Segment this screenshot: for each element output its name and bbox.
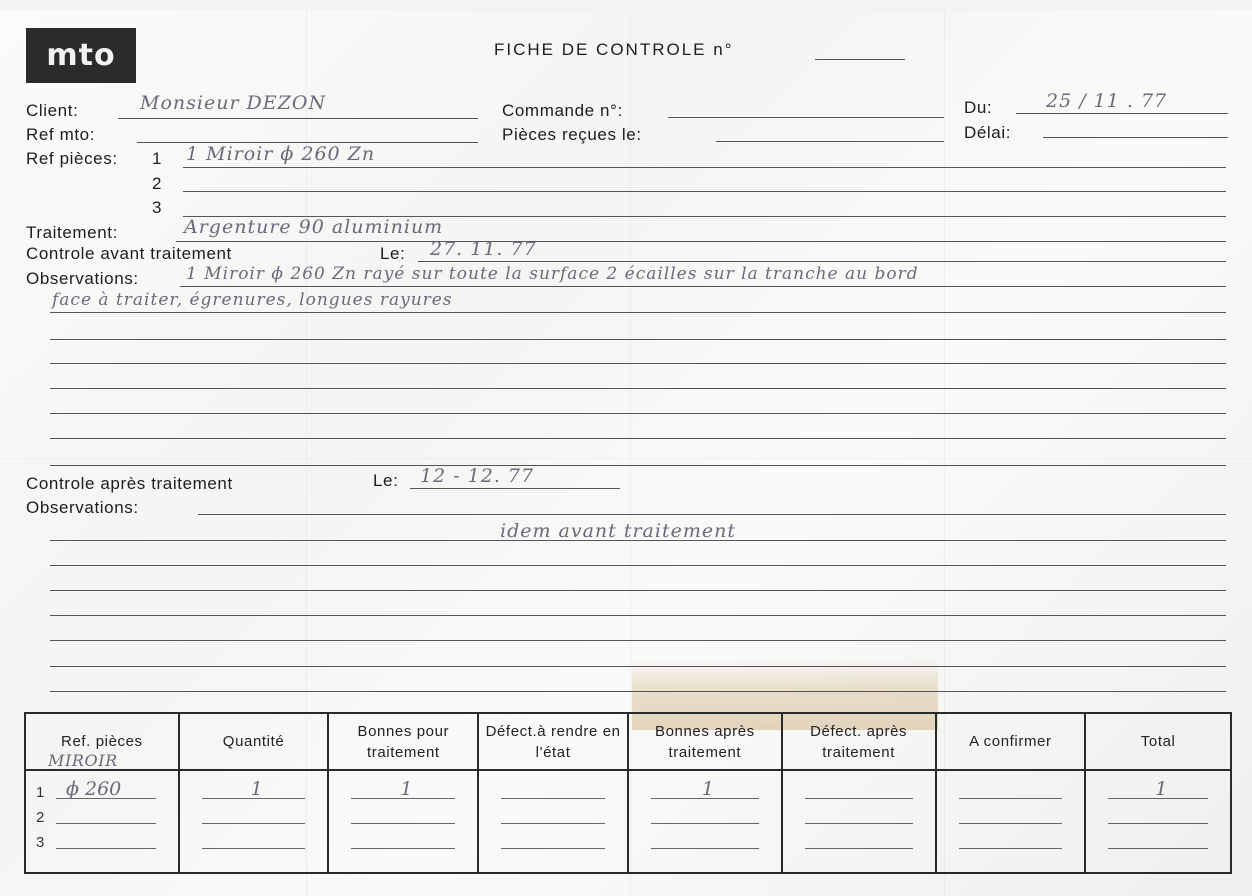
ref-mto-label: Ref mto: xyxy=(26,125,95,145)
avant-le-value: 27. 11. 77 xyxy=(430,238,537,260)
row-number: 3 xyxy=(36,834,44,851)
ref-piece-1-value: 1 Miroir ϕ 260 Zn xyxy=(186,143,375,165)
apres-observation-line[interactable] xyxy=(50,640,1226,641)
row-number: 2 xyxy=(36,809,44,826)
cell-quantite[interactable]: 1 xyxy=(179,770,329,873)
cell-value: ϕ 260 xyxy=(66,778,121,800)
write-line[interactable] xyxy=(351,848,455,849)
avant-le-label: Le: xyxy=(380,244,405,264)
avant-observation-line[interactable] xyxy=(50,339,1226,340)
traitement-field[interactable] xyxy=(176,241,1226,242)
avant-observation-line[interactable] xyxy=(50,413,1226,414)
col-ref-pieces: Ref. pièces MIROIR xyxy=(25,713,179,770)
write-line[interactable] xyxy=(1108,848,1208,849)
write-line[interactable] xyxy=(651,823,759,824)
write-line[interactable] xyxy=(202,823,306,824)
apres-observation-line[interactable] xyxy=(50,590,1226,591)
cell-value: 1 xyxy=(251,778,263,800)
pieces-recues-label: Pièces reçues le: xyxy=(502,125,642,145)
table-header-row: Ref. pièces MIROIR Quantité Bonnes pour … xyxy=(25,713,1231,770)
write-line[interactable] xyxy=(351,823,455,824)
ref-piece-num: 1 xyxy=(152,149,162,169)
cell-defect-rendre[interactable] xyxy=(478,770,628,873)
avant-observations-value-1: 1 Miroir ϕ 260 Zn rayé sur toute la surf… xyxy=(186,264,919,284)
apres-observation-line[interactable] xyxy=(50,666,1226,667)
write-line[interactable] xyxy=(56,848,156,849)
write-line[interactable] xyxy=(501,848,605,849)
avant-observation-line[interactable] xyxy=(50,363,1226,364)
commande-label: Commande n°: xyxy=(502,101,623,121)
ref-piece-2-field[interactable] xyxy=(183,191,1226,192)
apres-observation-line[interactable] xyxy=(50,565,1226,566)
avant-observations-value-2: face à traiter, égrenures, longues rayur… xyxy=(52,290,453,310)
traitement-value: Argenture 90 aluminium xyxy=(184,216,443,238)
apres-observations-value: idem avant traitement xyxy=(500,520,736,542)
write-line[interactable] xyxy=(651,848,759,849)
client-value: Monsieur DEZON xyxy=(140,92,326,114)
cell-total[interactable]: 1 xyxy=(1085,770,1231,873)
du-label: Du: xyxy=(964,98,992,118)
col-defect-apres-traitement: Défect. après traitement xyxy=(782,713,936,770)
apres-le-label: Le: xyxy=(373,471,398,491)
avant-observation-line[interactable] xyxy=(50,312,1226,313)
ref-pieces-note: MIROIR xyxy=(48,750,118,771)
cell-value: 1 xyxy=(400,778,412,800)
avant-observation-line[interactable] xyxy=(50,465,1226,466)
write-line[interactable] xyxy=(805,848,913,849)
avant-observations-label: Observations: xyxy=(26,269,139,289)
traitement-label: Traitement: xyxy=(26,223,118,243)
cell-ref-pieces[interactable]: 1ϕ 26023 xyxy=(25,770,179,873)
pieces-recues-field[interactable] xyxy=(716,141,944,142)
ref-piece-num: 3 xyxy=(152,198,162,218)
col-defect-rendre: Défect.à rendre en l'état xyxy=(478,713,628,770)
avant-traitement-label: Controle avant traitement xyxy=(26,244,232,264)
apres-observation-line[interactable] xyxy=(50,691,1226,692)
avant-le-field[interactable] xyxy=(418,261,1226,262)
col-total: Total xyxy=(1085,713,1231,770)
paper-fold xyxy=(0,458,1252,460)
delai-field[interactable] xyxy=(1043,137,1228,138)
form-title: FICHE DE CONTROLE n° xyxy=(494,40,734,60)
ref-pieces-label: Ref pièces: xyxy=(26,149,118,169)
form-number-field[interactable] xyxy=(815,59,905,60)
apres-le-value: 12 - 12. 77 xyxy=(420,465,534,487)
avant-observation-line[interactable] xyxy=(50,388,1226,389)
du-field[interactable] xyxy=(1016,113,1228,114)
avant-observation-line[interactable] xyxy=(50,438,1226,439)
delai-label: Délai: xyxy=(964,123,1011,143)
control-sheet: mto FICHE DE CONTROLE n° Client: Monsieu… xyxy=(0,10,1252,896)
client-field[interactable] xyxy=(118,118,478,119)
ref-piece-1-field[interactable] xyxy=(183,167,1226,168)
client-label: Client: xyxy=(26,101,78,121)
cell-value: 1 xyxy=(1155,778,1167,800)
ref-piece-num: 2 xyxy=(152,174,162,194)
write-line[interactable] xyxy=(805,798,913,799)
write-line[interactable] xyxy=(805,823,913,824)
header-text: Ref. pièces xyxy=(61,733,143,750)
write-line[interactable] xyxy=(56,823,156,824)
apres-traitement-label: Controle après traitement xyxy=(26,474,233,494)
col-bonnes-apres-traitement: Bonnes après traitement xyxy=(628,713,782,770)
cell-value: 1 xyxy=(702,778,714,800)
logo-text: mto xyxy=(46,38,115,73)
col-quantite: Quantité xyxy=(179,713,329,770)
apres-observation-line[interactable] xyxy=(198,514,1226,515)
col-a-confirmer: A confirmer xyxy=(936,713,1086,770)
avant-observation-line[interactable] xyxy=(180,286,1226,287)
write-line[interactable] xyxy=(959,823,1063,824)
write-line[interactable] xyxy=(501,798,605,799)
cell-bonnes-pour[interactable]: 1 xyxy=(328,770,478,873)
cell-defect-apres[interactable] xyxy=(782,770,936,873)
write-line[interactable] xyxy=(959,848,1063,849)
apres-le-field[interactable] xyxy=(410,488,620,489)
write-line[interactable] xyxy=(501,823,605,824)
summary-table: Ref. pièces MIROIR Quantité Bonnes pour … xyxy=(24,712,1232,874)
commande-field[interactable] xyxy=(668,117,944,118)
mto-logo: mto xyxy=(26,28,136,83)
write-line[interactable] xyxy=(959,798,1063,799)
table-body-row: 1ϕ 26023 1 1 1 1 xyxy=(25,770,1231,873)
write-line[interactable] xyxy=(202,848,306,849)
apres-observation-line[interactable] xyxy=(50,615,1226,616)
du-value: 25 / 11 . 77 xyxy=(1046,90,1167,112)
cell-bonnes-apres[interactable]: 1 xyxy=(628,770,782,873)
apres-observations-label: Observations: xyxy=(26,498,139,518)
col-bonnes-pour-traitement: Bonnes pour traitement xyxy=(328,713,478,770)
write-line[interactable] xyxy=(1108,823,1208,824)
cell-a-confirmer[interactable] xyxy=(936,770,1086,873)
row-number: 1 xyxy=(36,784,44,801)
